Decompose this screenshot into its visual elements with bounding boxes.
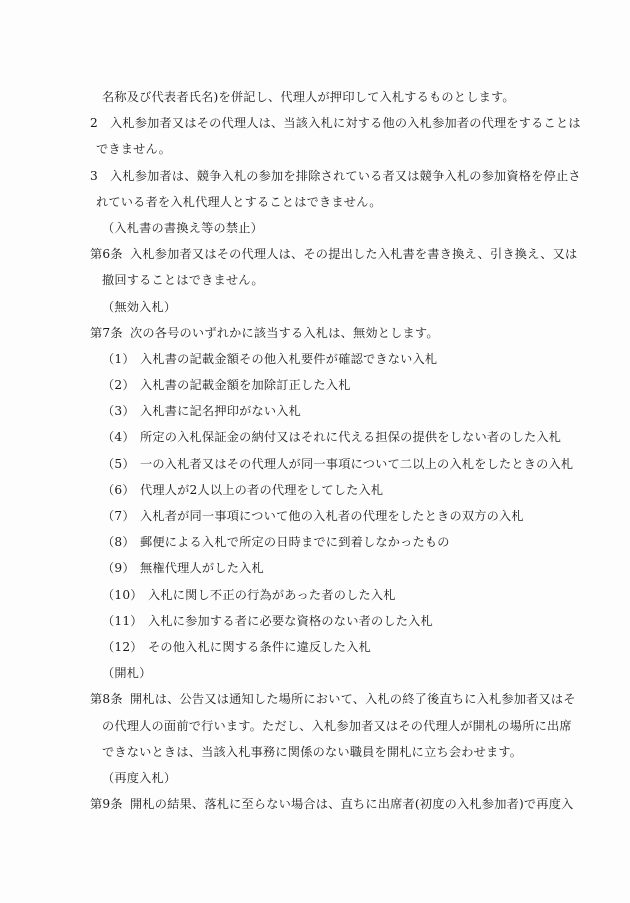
article-7: 第7条次の各号のいずれかに該当する入札は、無効とします。	[90, 320, 550, 346]
document-page: 名称及び代表者氏名)を併記し、代理人が押印して入札するものとします。 2入札参加…	[90, 84, 550, 817]
item-number: （10）	[102, 582, 148, 608]
paragraph-continuation: れている者を入札代理人とすることはできません。	[90, 189, 550, 215]
line-text: 入札参加者又はその代理人は、その提出した入札書を書き換え、引き換え、又は	[130, 247, 577, 261]
line-text: の代理人の面前で行います。ただし、入札参加者又はその代理人が開札の場所に出席	[102, 719, 572, 733]
article-number: 第9条	[90, 791, 130, 817]
article-number: 第8条	[90, 686, 130, 712]
paragraph-number: 3	[90, 163, 110, 189]
item-number: （11）	[102, 608, 148, 634]
item-text: 入札書に記名押印がない入札	[140, 404, 301, 418]
line-text: 開札は、公告又は通知した場所において、入札の終了後直ちに入札参加者又はそ	[130, 692, 576, 706]
item-text: 入札者が同一事項について他の入札者の代理をしたときの双方の入札	[140, 509, 524, 523]
list-item: （11）入札に参加する者に必要な資格のない者のした入札	[90, 608, 550, 634]
heading-text: （入札書の書換え等の禁止）	[102, 221, 263, 235]
article-9: 第9条開札の結果、落札に至らない場合は、直ちに出席者(初度の入札参加者)で再度入	[90, 791, 550, 817]
list-item: （3）入札書に記名押印がない入札	[90, 398, 550, 424]
paragraph-continuation: の代理人の面前で行います。ただし、入札参加者又はその代理人が開札の場所に出席	[90, 713, 550, 739]
article-number: 第6条	[90, 241, 130, 267]
list-item: （7）入札者が同一事項について他の入札者の代理をしたときの双方の入札	[90, 503, 550, 529]
item-number: （5）	[102, 451, 140, 477]
numbered-paragraph-2: 2入札参加者又はその代理人は、当該入札に対する他の入札参加者の代理をすることは	[90, 110, 550, 136]
item-text: 郵便による入札で所定の日時までに到着しなかったもの	[140, 535, 450, 549]
line-text: 名称及び代表者氏名)を併記し、代理人が押印して入札するものとします。	[102, 90, 515, 104]
list-item: （6）代理人が2人以上の者の代理をしてした入札	[90, 477, 550, 503]
item-number: （1）	[102, 346, 140, 372]
article-number: 第7条	[90, 320, 130, 346]
item-text: 無権代理人がした入札	[140, 561, 264, 575]
numbered-paragraph-3: 3入札参加者は、競争入札の参加を排除されている者又は競争入札の参加資格を停止さ	[90, 163, 550, 189]
item-number: （12）	[102, 634, 148, 660]
line-text: 開札の結果、落札に至らない場合は、直ちに出席者(初度の入札参加者)で再度入	[130, 797, 573, 811]
list-item: （8）郵便による入札で所定の日時までに到着しなかったもの	[90, 529, 550, 555]
line-text: できないときは、当該入札事務に関係のない職員を開札に立ち会わせます。	[102, 745, 522, 759]
section-heading-invalid-bids: （無効入札）	[90, 294, 550, 320]
item-text: 一の入札者又はその代理人が同一事項について二以上の入札をしたときの入札	[140, 457, 573, 471]
item-text: 入札書の記載金額を加除訂正した入札	[140, 378, 351, 392]
article-6: 第6条入札参加者又はその代理人は、その提出した入札書を書き換え、引き換え、又は	[90, 241, 550, 267]
line-text: 入札参加者又はその代理人は、当該入札に対する他の入札参加者の代理をすることは	[110, 116, 581, 130]
article-8: 第8条開札は、公告又は通知した場所において、入札の終了後直ちに入札参加者又はそ	[90, 686, 550, 712]
line-text: 入札参加者は、競争入札の参加を排除されている者又は競争入札の参加資格を停止さ	[110, 169, 581, 183]
paragraph-continuation: できないときは、当該入札事務に関係のない職員を開札に立ち会わせます。	[90, 739, 550, 765]
item-number: （7）	[102, 503, 140, 529]
section-heading-rebid: （再度入札）	[90, 765, 550, 791]
list-item: （12）その他入札に関する条件に違反した入札	[90, 634, 550, 660]
line-text: 撤回することはできません。	[102, 273, 264, 287]
line-text: できません。	[96, 142, 171, 156]
item-text: 代理人が2人以上の者の代理をしてした入札	[140, 483, 383, 497]
item-text: 入札書の記載金額その他入札要件が確認できない入札	[140, 352, 437, 366]
item-text: その他入札に関する条件に違反した入札	[148, 640, 371, 654]
item-number: （9）	[102, 555, 140, 581]
item-text: 入札に参加する者に必要な資格のない者のした入札	[148, 614, 433, 628]
list-item: （5）一の入札者又はその代理人が同一事項について二以上の入札をしたときの入札	[90, 451, 550, 477]
paragraph-number: 2	[90, 110, 110, 136]
paragraph-continuation: 撤回することはできません。	[90, 267, 550, 293]
list-item: （9）無権代理人がした入札	[90, 555, 550, 581]
item-text: 入札に関し不正の行為があった者のした入札	[148, 588, 396, 602]
item-number: （3）	[102, 398, 140, 424]
line-text: 次の各号のいずれかに該当する入札は、無効とします。	[130, 326, 439, 340]
paragraph-continuation: できません。	[90, 136, 550, 162]
item-number: （4）	[102, 424, 140, 450]
section-heading-rewrite-prohibition: （入札書の書換え等の禁止）	[90, 215, 550, 241]
heading-text: （再度入札）	[102, 771, 176, 785]
heading-text: （開札）	[102, 666, 152, 680]
section-heading-bid-opening: （開札）	[90, 660, 550, 686]
line-text: れている者を入札代理人とすることはできません。	[96, 195, 382, 209]
item-text: 所定の入札保証金の納付又はそれに代える担保の提供をしない者のした入札	[140, 430, 561, 444]
list-item: （2）入札書の記載金額を加除訂正した入札	[90, 372, 550, 398]
item-number: （6）	[102, 477, 140, 503]
item-number: （8）	[102, 529, 140, 555]
list-item: （1）入札書の記載金額その他入札要件が確認できない入札	[90, 346, 550, 372]
item-number: （2）	[102, 372, 140, 398]
paragraph-continuation: 名称及び代表者氏名)を併記し、代理人が押印して入札するものとします。	[90, 84, 550, 110]
heading-text: （無効入札）	[102, 300, 176, 314]
list-item: （4）所定の入札保証金の納付又はそれに代える担保の提供をしない者のした入札	[90, 424, 550, 450]
list-item: （10）入札に関し不正の行為があった者のした入札	[90, 582, 550, 608]
